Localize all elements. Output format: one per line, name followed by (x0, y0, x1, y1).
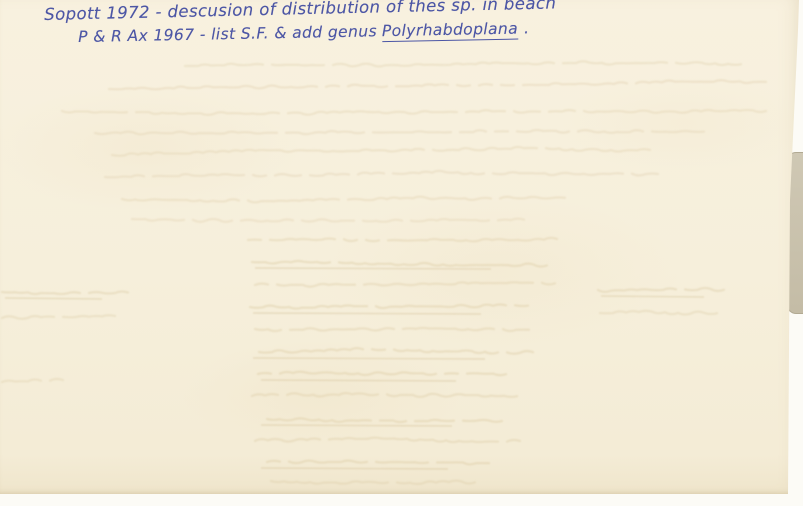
handwritten-note-line-2: P & R Ax 1967 - list S.F. & add genusPol… (78, 19, 530, 46)
genus-name-underlined: Polyrhabdoplana (382, 20, 518, 43)
handwritten-period: . (524, 19, 530, 37)
index-card: Sopott 1972 - descusion of distribution … (0, 0, 803, 494)
scanned-card-page: Sopott 1972 - descusion of distribution … (0, 0, 803, 506)
handwritten-citation-text: P & R Ax 1967 - list S.F. & add genus (78, 22, 377, 46)
ink-bleedthrough-texture (0, 0, 803, 506)
